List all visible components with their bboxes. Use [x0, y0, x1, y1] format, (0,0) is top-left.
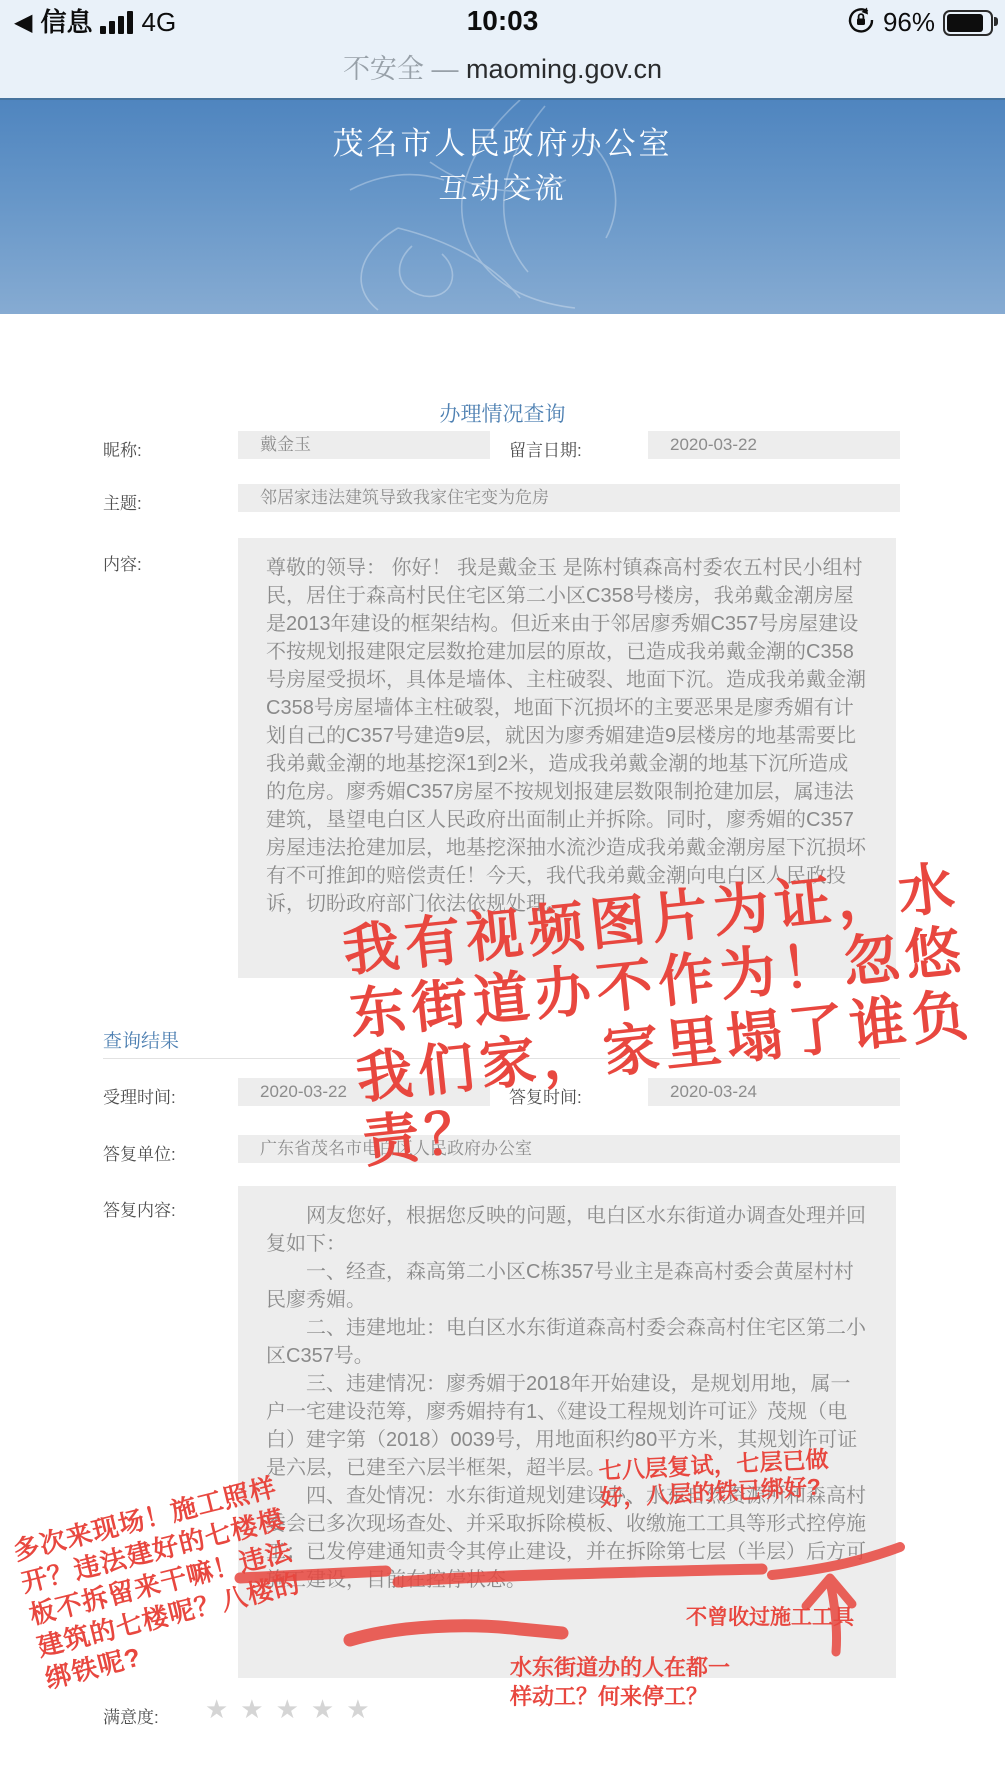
satisfaction-label: 满意度: — [103, 1703, 159, 1728]
reply-paragraph: 网友您好，根据您反映的问题，电白区水东街道办调查处理并回复如下： — [266, 1202, 868, 1258]
message-date-label: 留言日期: — [509, 436, 582, 461]
phone-screen: ◀ 信息 4G 10:03 96% — [0, 0, 1005, 1786]
site-subtitle: 互动交流 — [0, 166, 1005, 207]
nickname-label: 昵称: — [103, 436, 142, 461]
battery-percent-label: 96% — [883, 7, 935, 38]
status-right: 96% — [847, 6, 993, 39]
address-bar[interactable]: 不安全 — maoming.gov.cn — [0, 44, 1005, 98]
reply-paragraph: 二、违建地址：电白区水东街道森高村委会森高村住宅区第二小区C357号。 — [266, 1314, 868, 1370]
subject-label: 主题: — [103, 489, 142, 514]
content-label: 内容: — [103, 550, 142, 575]
star-rating[interactable]: ★★★★★ — [205, 1694, 382, 1725]
page-title: 办理情况查询 — [0, 398, 1005, 428]
rotation-lock-icon — [847, 6, 875, 39]
security-warning-label: 不安全 — — [343, 54, 459, 84]
reply-unit-label: 答复单位: — [103, 1140, 176, 1165]
battery-icon — [943, 10, 993, 36]
message-date-field[interactable]: 2020-03-22 — [648, 431, 900, 459]
reply-paragraph: 一、经查，森高第二小区C栋357号业主是森高村委会黄屋村村民廖秀媚。 — [266, 1258, 868, 1314]
annotation-tools-note: 不曾收过施工工具 — [686, 1601, 854, 1631]
result-heading: 查询结果 — [103, 1026, 179, 1053]
site-title: 茂名市人民政府办公室 — [0, 118, 1005, 163]
browser-top-bar: ◀ 信息 4G 10:03 96% — [0, 0, 1005, 98]
nickname-field[interactable]: 戴金玉 — [238, 431, 490, 459]
content-text: 尊敬的领导： 你好！ 我是戴金玉 是陈村镇森高村委农五村民小组村民，居住于森高村… — [266, 554, 868, 918]
reply-content-label: 答复内容: — [103, 1196, 176, 1221]
site-banner: 茂名市人民政府办公室 互动交流 — [0, 98, 1005, 314]
status-bar: ◀ 信息 4G 10:03 96% — [0, 0, 1005, 44]
url-domain-label: maoming.gov.cn — [466, 54, 662, 84]
subject-field[interactable]: 邻居家违法建筑导致我家住宅变为危房 — [238, 484, 900, 512]
accept-time-label: 受理时间: — [103, 1083, 176, 1108]
annotation-stop-note: 水东街道办的人在都一 样动工？何来停工？ — [510, 1653, 730, 1711]
